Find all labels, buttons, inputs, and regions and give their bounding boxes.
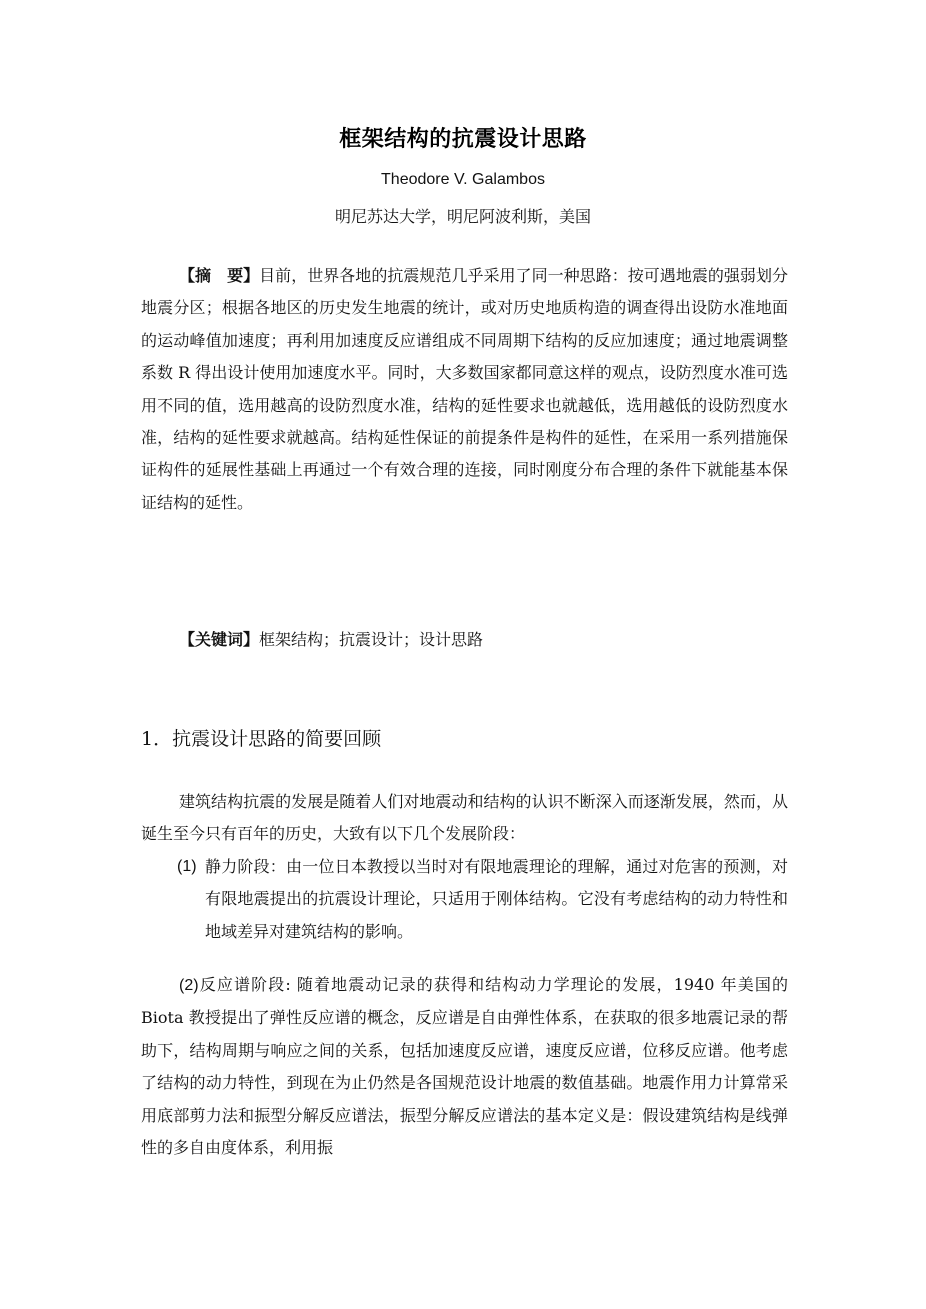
list-item-text: 反应谱阶段: 随着地震动记录的获得和结构动力学理论的发展，1940 年美国的 B… — [141, 975, 788, 1157]
section-intro-paragraph: 建筑结构抗震的发展是随着人们对地震动和结构的认识不断深入而逐渐发展，然而，从诞生… — [141, 786, 788, 851]
list-item-text: 静力阶段：由一位日本教授以当时对有限地震理论的理解，通过对危害的预测，对有限地震… — [205, 851, 788, 948]
list-item-number: (2) — [179, 977, 199, 994]
list-item-static-stage: (1) 静力阶段：由一位日本教授以当时对有限地震理论的理解，通过对危害的预测，对… — [177, 851, 788, 948]
abstract-label: 【摘 要】 — [179, 266, 259, 285]
section-heading: 1．抗震设计思路的简要回顾 — [141, 724, 381, 751]
keywords-label: 【关键词】 — [179, 630, 259, 649]
abstract-text: 目前，世界各地的抗震规范几乎采用了同一种思路：按可遇地震的强弱划分地震分区；根据… — [141, 266, 788, 512]
author-affiliation: 明尼苏达大学，明尼阿波利斯，美国 — [0, 204, 926, 227]
keywords-text: 框架结构；抗震设计；设计思路 — [259, 630, 483, 649]
paper-title: 框架结构的抗震设计思路 — [0, 122, 926, 153]
document-page: 框架结构的抗震设计思路 Theodore V. Galambos 明尼苏达大学，… — [0, 0, 926, 1309]
keywords: 【关键词】框架结构；抗震设计；设计思路 — [141, 624, 788, 656]
abstract: 【摘 要】目前，世界各地的抗震规范几乎采用了同一种思路：按可遇地震的强弱划分地震… — [141, 260, 788, 519]
author-name: Theodore V. Galambos — [0, 171, 926, 189]
response-spectrum-paragraph: (2)反应谱阶段: 随着地震动记录的获得和结构动力学理论的发展，1940 年美国… — [141, 969, 788, 1164]
list-item-number: (1) — [177, 851, 197, 883]
